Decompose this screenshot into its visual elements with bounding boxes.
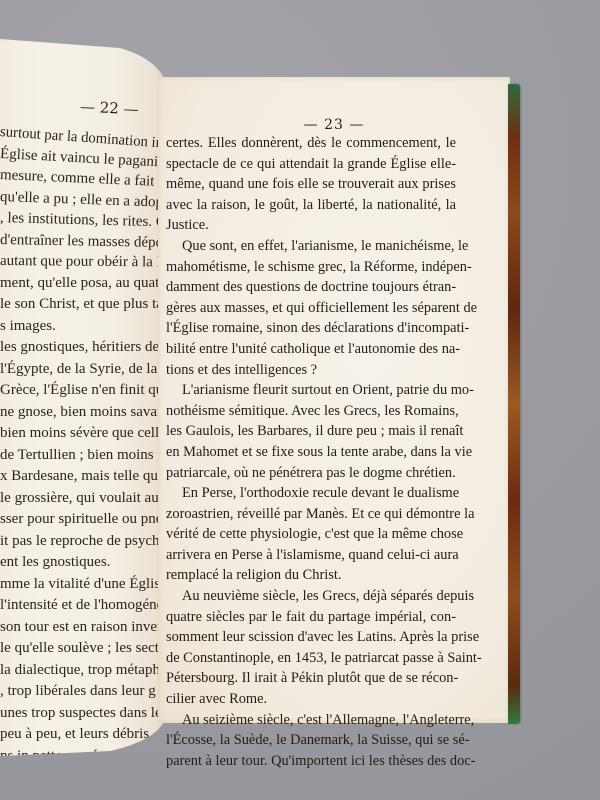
text-line: parent à leur tour. Qu'importent ici les… bbox=[166, 751, 456, 772]
text-line: patriarcale, où ne pénétrera pas le dogm… bbox=[166, 463, 456, 484]
text-line: le grossière, qui voulait aussi bbox=[0, 488, 170, 510]
right-page-text: certes. Elles donnèrent, dès le commence… bbox=[166, 133, 456, 771]
text-line: ment, qu'elle posa, au quatrième bbox=[0, 273, 170, 295]
text-line: avec la raison, le goût, la liberté, la … bbox=[166, 195, 456, 216]
text-line: s images. bbox=[0, 316, 170, 338]
text-line: damment des questions de doctrine toujou… bbox=[166, 277, 456, 298]
right-page: — 23 — certes. Elles donnèrent, dès le c… bbox=[158, 77, 510, 723]
text-line: Grèce, l'Église n'en finit qu'en bbox=[0, 380, 170, 402]
text-line: Pétersbourg. Il irait à Pékin plutôt que… bbox=[166, 668, 456, 689]
text-line: En Perse, l'orthodoxie recule devant le … bbox=[166, 483, 456, 504]
text-line: son tour est en raison inverse de bbox=[0, 617, 170, 639]
text-line: L'arianisme fleurit surtout en Orient, p… bbox=[166, 380, 456, 401]
text-line: remplacé la religion du Christ. bbox=[166, 565, 456, 586]
text-line: ent les gnostiques. bbox=[0, 552, 170, 574]
text-line: l'Écosse, la Suède, le Danemark, la Suis… bbox=[166, 730, 456, 751]
text-line: même, quand une fois elle se trouverait … bbox=[166, 174, 456, 195]
text-line: de Constantinople, en 1453, le patriarca… bbox=[166, 648, 456, 669]
text-line: les gnostiques, héritiers des un bbox=[0, 337, 170, 359]
text-line: le son Christ, et que plus tard de bbox=[0, 294, 170, 316]
text-line: Que sont, en effet, l'arianisme, le mani… bbox=[166, 236, 456, 257]
text-line: ne gnose, bien moins savante que bbox=[0, 402, 170, 424]
right-page-number: — 23 — bbox=[158, 117, 510, 133]
text-line: les Gaulois, les Barbares, il dure peu ;… bbox=[166, 421, 456, 442]
text-line: it pas le reproche de psychi bbox=[0, 531, 170, 553]
text-line: quatre siècles par le fait du partage im… bbox=[166, 607, 456, 628]
text-line: l'intensité et de l'homogénéité bbox=[0, 595, 170, 617]
text-line: Au neuvième siècle, les Grecs, déjà sépa… bbox=[166, 586, 456, 607]
text-line: le qu'elle soulève ; les sectes gn bbox=[0, 638, 170, 660]
text-line: peu à peu, et leurs débris, gard bbox=[0, 724, 170, 746]
text-line: zoroastrien, réveillé par Manès. Et ce q… bbox=[166, 504, 456, 525]
text-line: la dialectique, trop métaphysi bbox=[0, 660, 170, 682]
book-photo-scene: — 22 — surtout par la domination imÉglis… bbox=[0, 0, 600, 800]
text-line: de Tertullien ; bien moins poétiq bbox=[0, 445, 170, 467]
text-line: arrivera en Perse à l'islamisme, quand c… bbox=[166, 545, 456, 566]
text-line: l'Église romaine, sinon des déclarations… bbox=[166, 318, 456, 339]
text-line: bien moins sévère que celle de bbox=[0, 423, 170, 445]
text-line: mme la vitalité d'une Église est bbox=[0, 574, 170, 596]
text-line: sser pour spirituelle ou pneuma bbox=[0, 509, 170, 531]
text-line: vérité de cette physiologie, c'est que l… bbox=[166, 524, 456, 545]
book-spine-edge bbox=[508, 84, 520, 724]
text-line: ns in petto, se réunirent au gro bbox=[0, 746, 170, 768]
left-page: — 22 — surtout par la domination imÉglis… bbox=[0, 36, 165, 758]
text-line: nothéisme sémitique. Avec les Grecs, les… bbox=[166, 401, 456, 422]
text-line: certes. Elles donnèrent, dès le commence… bbox=[166, 133, 456, 154]
text-line: , trop libérales dans leur g bbox=[0, 681, 170, 703]
text-line: Justice. bbox=[166, 215, 456, 236]
text-line: bilité entre l'unité catholique et l'aut… bbox=[166, 339, 456, 360]
text-line: x Bardesane, mais telle qu'il la bbox=[0, 466, 170, 488]
left-page-number: — 22 — bbox=[80, 97, 139, 118]
text-line: l'Égypte, de la Syrie, de la Per bbox=[0, 359, 170, 381]
left-page-text: surtout par la domination imÉglise ait v… bbox=[0, 122, 170, 789]
text-line: tions et des intelligences ? bbox=[166, 360, 456, 381]
text-line: gères aux masses, et qui officiellement … bbox=[166, 298, 456, 319]
text-line: en Mahomet et se fixe sous la tente arab… bbox=[166, 442, 456, 463]
text-line: unes trop suspectes dans leur m bbox=[0, 703, 170, 725]
text-line: autant que pour obéir à la logique bbox=[0, 251, 170, 274]
text-line: force y aida : furent-elles vain bbox=[0, 767, 170, 789]
text-line: Au seizième siècle, c'est l'Allemagne, l… bbox=[166, 710, 456, 731]
text-line: somment leur scission d'avec les Latins.… bbox=[166, 627, 456, 648]
text-line: spectacle de ce qui attendait la grande … bbox=[166, 154, 456, 175]
text-line: cilier avec Rome. bbox=[166, 689, 456, 710]
text-line: mahométisme, le schisme grec, la Réforme… bbox=[166, 257, 456, 278]
